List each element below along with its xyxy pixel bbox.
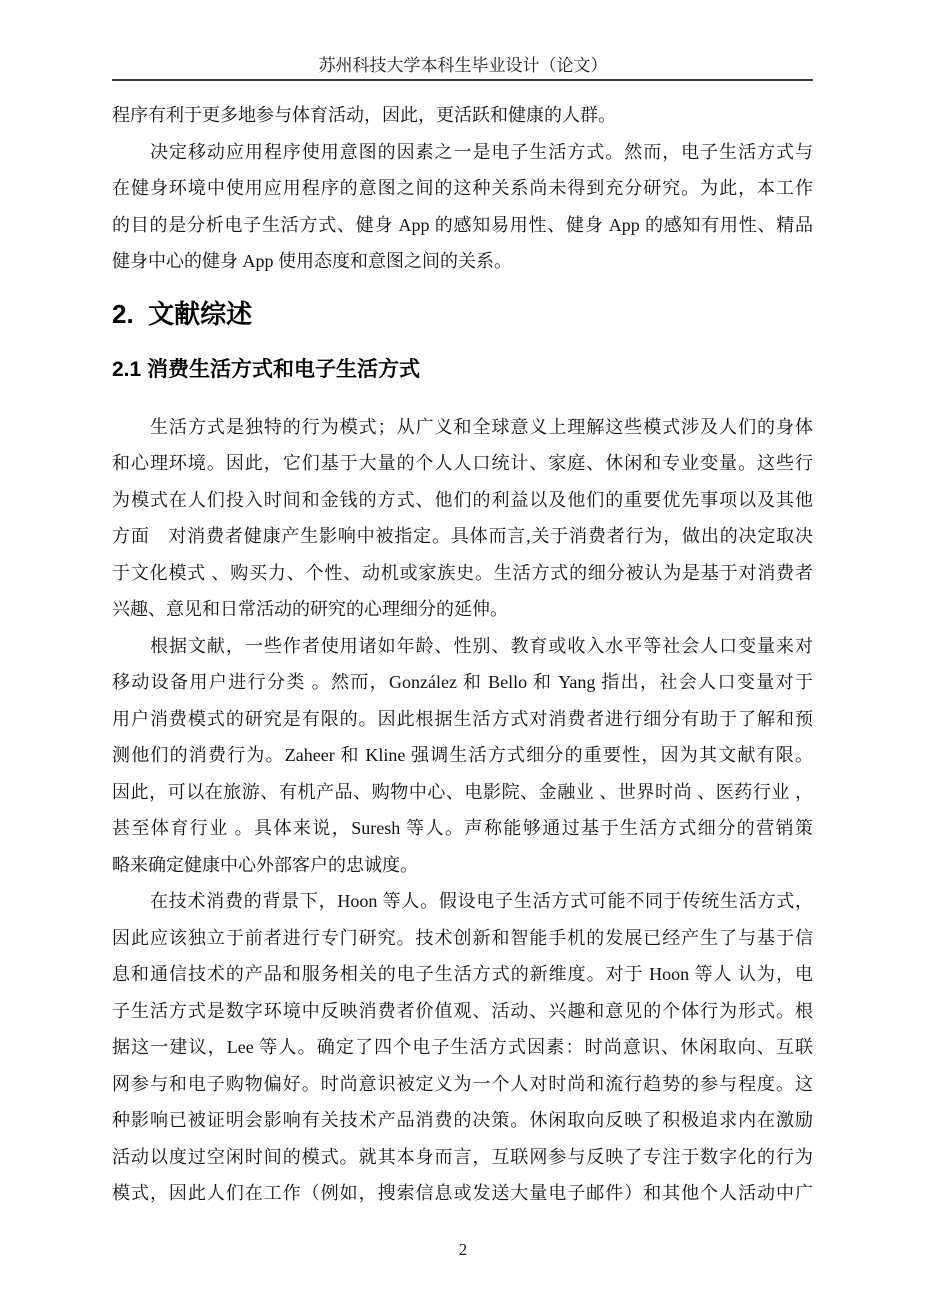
text-line: 用户消费模式的研究是有限的。因此根据生活方式对消费者进行细分有助于了解和预 [112,701,813,738]
text-line: 在技术消费的背景下，Hoon 等人。假设电子生活方式可能不同于传统生活方式， [112,883,813,920]
text-line: 于文化模式 、购买力、个性、动机或家族史。生活方式的细分被认为是基于对消费者 [112,555,813,592]
paragraph: 根据文献，一些作者使用诸如年龄、性别、教育或收入水平等社会人口变量来对移动设备用… [112,628,813,884]
subsection-heading: 2.1 消费生活方式和电子生活方式 [112,355,813,385]
document-body: 程序有利于更多地参与体育活动，因此，更活跃和健康的人群。 决定移动应用程序使用意… [112,0,813,1212]
paragraph-continuation: 程序有利于更多地参与体育活动，因此，更活跃和健康的人群。 [112,97,813,134]
text-line: 因此，可以在旅游、有机产品、购物中心、电影院、金融业 、世界时尚 、医药行业 ， [112,774,813,811]
text-line: 模式，因此人们在工作（例如，搜索信息或发送大量电子邮件）和其他个人活动中广 [112,1175,813,1212]
text-line: 为模式在人们投入时间和金钱的方式、他们的利益以及他们的重要优先事项以及其他 [112,482,813,519]
text-line: 方面 对消费者健康产生影响中被指定。具体而言,关于消费者行为，做出的决定取决 [112,518,813,555]
text-line: 健身中心的健身 App 使用态度和意图之间的关系。 [112,243,813,280]
text-line: 的目的是分析电子生活方式、健身 App 的感知易用性、健身 App 的感知有用性… [112,207,813,244]
text-line: 子生活方式是数字环境中反映消费者价值观、活动、兴趣和意见的个体行为形式。根 [112,993,813,1030]
paragraph: 决定移动应用程序使用意图的因素之一是电子生活方式。然而，电子生活方式与在健身环境… [112,134,813,280]
document-page: 苏州科技大学本科生毕业设计（论文） 程序有利于更多地参与体育活动，因此，更活跃和… [0,0,926,1309]
paragraph: 生活方式是独特的行为模式；从广义和全球意义上理解这些模式涉及人们的身体和心理环境… [112,409,813,628]
text-line: 生活方式是独特的行为模式；从广义和全球意义上理解这些模式涉及人们的身体 [112,409,813,446]
text-line: 种影响已被证明会影响有关技术产品消费的决策。休闲取向反映了积极追求内在激励 [112,1102,813,1139]
text-line: 测他们的消费行为。Zaheer 和 Kline 强调生活方式细分的重要性，因为其… [112,737,813,774]
text-line: 和心理环境。因此，它们基于大量的个人人口统计、家庭、休闲和专业变量。这些行 [112,445,813,482]
page-number: 2 [459,1240,468,1259]
section-heading: 2. 文献综述 [112,297,813,331]
text-line: 息和通信技术的产品和服务相关的电子生活方式的新维度。对于 Hoon 等人 认为，… [112,956,813,993]
text-line: 因此应该独立于前者进行专门研究。技术创新和智能手机的发展已经产生了与基于信 [112,920,813,957]
text-line: 兴趣、意见和日常活动的研究的心理细分的延伸。 [112,591,813,628]
text-line: 活动以度过空闲时间的模式。就其本身而言，互联网参与反映了专注于数字化的行为 [112,1139,813,1176]
text-line: 网参与和电子购物偏好。时尚意识被定义为一个人对时尚和流行趋势的参与程度。这 [112,1066,813,1103]
text-line: 在健身环境中使用应用程序的意图之间的这种关系尚未得到充分研究。为此，本工作 [112,170,813,207]
text-line: 据这一建议，Lee 等人。确定了四个电子生活方式因素：时尚意识、休闲取向、互联 [112,1029,813,1066]
page-footer: 2 [0,1238,926,1262]
text-line: 略来确定健康中心外部客户的忠诚度。 [112,847,813,884]
text-line: 决定移动应用程序使用意图的因素之一是电子生活方式。然而，电子生活方式与 [112,134,813,171]
text-line: 甚至体育行业 。具体来说，Suresh 等人。声称能够通过基于生活方式细分的营销… [112,810,813,847]
paragraph: 在技术消费的背景下，Hoon 等人。假设电子生活方式可能不同于传统生活方式，因此… [112,883,813,1212]
text-line: 移动设备用户进行分类 。然而，González 和 Bello 和 Yang 指… [112,664,813,701]
text-line: 根据文献，一些作者使用诸如年龄、性别、教育或收入水平等社会人口变量来对 [112,628,813,665]
text-line: 程序有利于更多地参与体育活动，因此，更活跃和健康的人群。 [112,97,813,134]
